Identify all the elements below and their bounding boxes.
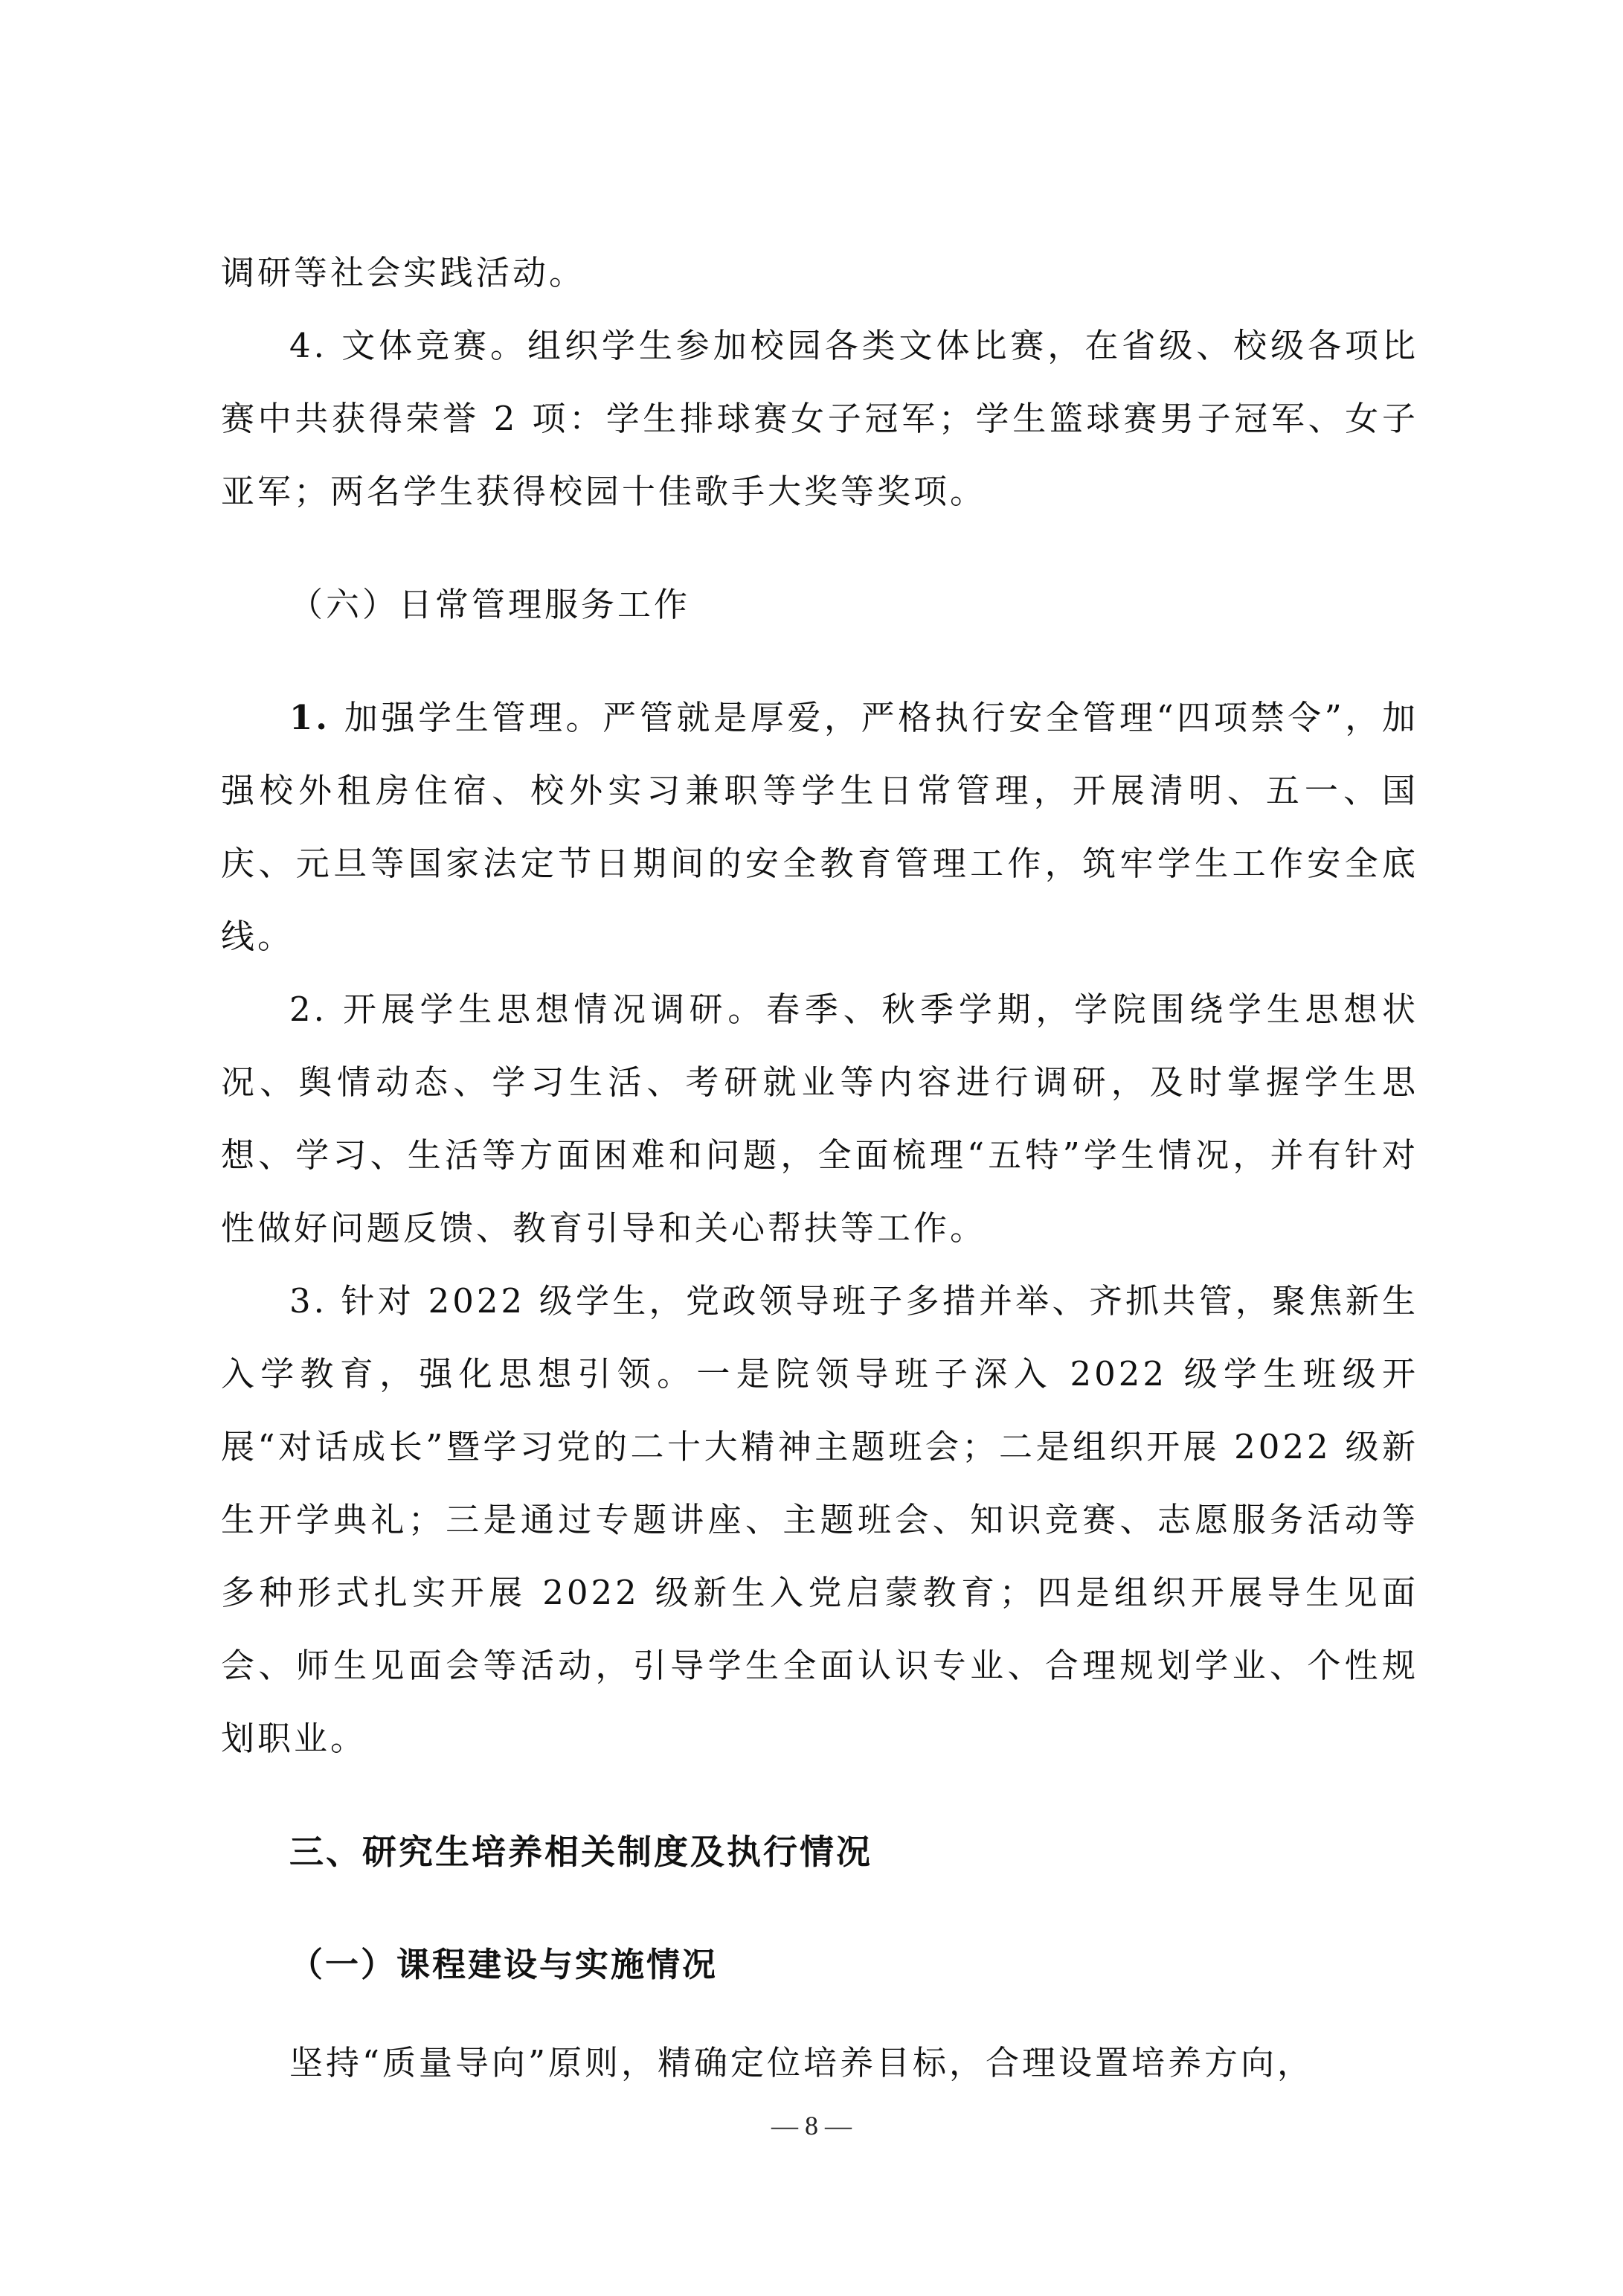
paragraph-quality-orientation: 坚持“质量导向”原则，精确定位培养目标，合理设置培养方向， <box>221 2027 1418 2100</box>
chapter-heading-graduate-training: 三、研究生培养相关制度及执行情况 <box>221 1815 1418 1888</box>
section-heading-daily-management: （六）日常管理服务工作 <box>221 568 1418 641</box>
item-number: 2. <box>289 990 327 1029</box>
paragraph-sports-competition: 4. 文体竞赛。组织学生参加校园各类文体比赛，在省级、校级各项比赛中共获得荣誉 … <box>221 310 1418 528</box>
document-page: 调研等社会实践活动。 4. 文体竞赛。组织学生参加校园各类文体比赛，在省级、校级… <box>221 237 1418 2100</box>
item-number: 1. <box>289 698 330 737</box>
page-number: — 8 — <box>0 2110 1623 2141</box>
item-text: 针对 2022 级学生，党政领导班子多措并举、齐抓共管，聚焦新生入学教育，强化思… <box>221 1281 1418 1758</box>
item-text: 开展学生思想情况调研。春季、秋季学期，学院围绕学生思想状况、舆情动态、学习生活、… <box>221 990 1418 1248</box>
section-heading-course-construction: （一）课程建设与实施情况 <box>221 1928 1418 2001</box>
paragraph-continuation: 调研等社会实践活动。 <box>221 237 1418 310</box>
list-item-freshman-education: 3. 针对 2022 级学生，党政领导班子多措并举、齐抓共管，聚焦新生入学教育，… <box>221 1265 1418 1775</box>
item-number: 3. <box>289 1281 327 1321</box>
list-item-student-management: 1. 加强学生管理。严管就是厚爱，严格执行安全管理“四项禁令”，加强校外租房住宿… <box>221 682 1418 973</box>
item-text: 加强学生管理。严管就是厚爱，严格执行安全管理“四项禁令”，加强校外租房住宿、校外… <box>221 698 1418 956</box>
list-item-thought-survey: 2. 开展学生思想情况调研。春季、秋季学期，学院围绕学生思想状况、舆情动态、学习… <box>221 973 1418 1265</box>
